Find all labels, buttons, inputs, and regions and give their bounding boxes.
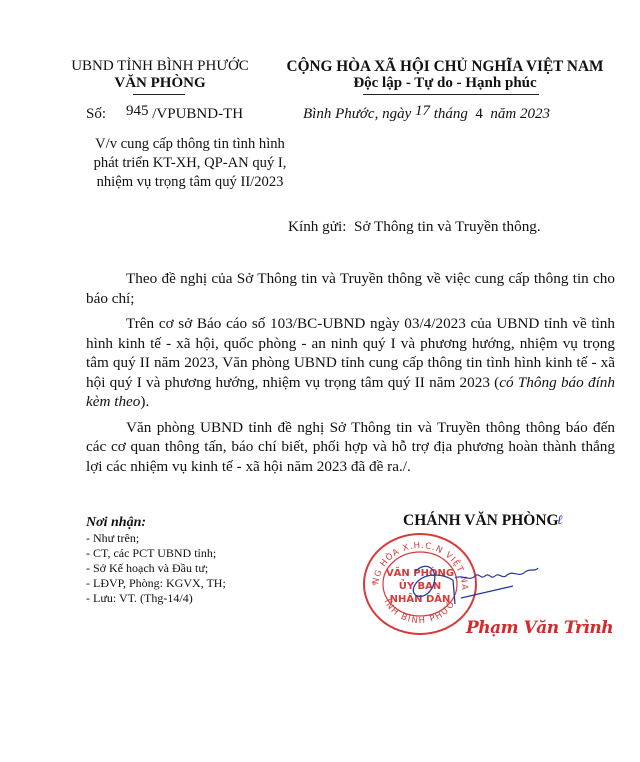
document-number-label: Số: — [86, 106, 126, 123]
date-prefix: Bình Phước, ngày — [303, 106, 411, 122]
recipient-line: Kính gửi: Sở Thông tin và Truyền thông. — [288, 218, 541, 236]
document-number-value: 945 — [126, 103, 149, 119]
body-paragraph-end: ). — [140, 393, 149, 410]
signer-name: Phạm Văn Trình — [466, 618, 613, 638]
date-year: năm 2023 — [490, 106, 550, 122]
receiver-item: - CT, các PCT UBND tỉnh; — [86, 546, 226, 561]
document-date: Bình Phước, ngày 17 tháng 4 năm 2023 — [303, 106, 550, 123]
issuing-authority-parent: UBND TỈNH BÌNH PHƯỚC — [60, 58, 260, 75]
motto-underline — [363, 94, 539, 95]
subject-line: phát triển KT-XH, QP-AN quý I, — [70, 154, 310, 173]
handwritten-signature-icon — [395, 560, 545, 620]
receivers-title: Nơi nhận: — [86, 515, 226, 530]
date-month-label: tháng — [434, 106, 468, 122]
recipient-name: Sở Thông tin và Truyền thông. — [354, 218, 541, 235]
body-paragraph: Văn phòng UBND tỉnh đề nghị Sở Thông tin… — [86, 418, 615, 477]
body-paragraph: Trên cơ sở Báo cáo số 103/BC-UBND ngày 0… — [86, 314, 615, 412]
receiver-item: - Như trên; — [86, 531, 226, 546]
document-number-suffix: /VPUBND-TH — [152, 106, 243, 122]
subject-line: V/v cung cấp thông tin tình hình — [70, 135, 310, 154]
svg-text:*: * — [372, 581, 376, 590]
national-title: CỘNG HÒA XÃ HỘI CHỦ NGHĨA VIỆT NAM — [280, 58, 610, 76]
initial-mark-icon: ℓ — [557, 512, 562, 528]
national-motto: Độc lập - Tự do - Hạnh phúc — [280, 75, 610, 92]
receiver-item: - Lưu: VT. (Thg-14/4) — [86, 591, 226, 606]
receiver-item: - Sở Kế hoạch và Đầu tư; — [86, 561, 226, 576]
body-paragraph: Theo đề nghị của Sở Thông tin và Truyền … — [86, 269, 615, 308]
office-underline — [133, 94, 185, 95]
document-number: Số:945 /VPUBND-TH — [86, 106, 243, 123]
date-day: 17 — [415, 103, 430, 119]
date-month: 4 — [475, 106, 483, 122]
recipient-label: Kính gửi: — [288, 218, 346, 235]
receiver-item: - LĐVP, Phòng: KGVX, TH; — [86, 576, 226, 591]
signer-title: CHÁNH VĂN PHÒNG — [403, 512, 559, 530]
document-body: Theo đề nghị của Sở Thông tin và Truyền … — [86, 269, 615, 482]
document-subject: V/v cung cấp thông tin tình hình phát tr… — [70, 135, 310, 192]
subject-line: nhiệm vụ trọng tâm quý II/2023 — [70, 173, 310, 192]
issuing-office: VĂN PHÒNG — [60, 75, 260, 92]
receivers-list: Nơi nhận: - Như trên; - CT, các PCT UBND… — [86, 515, 226, 606]
